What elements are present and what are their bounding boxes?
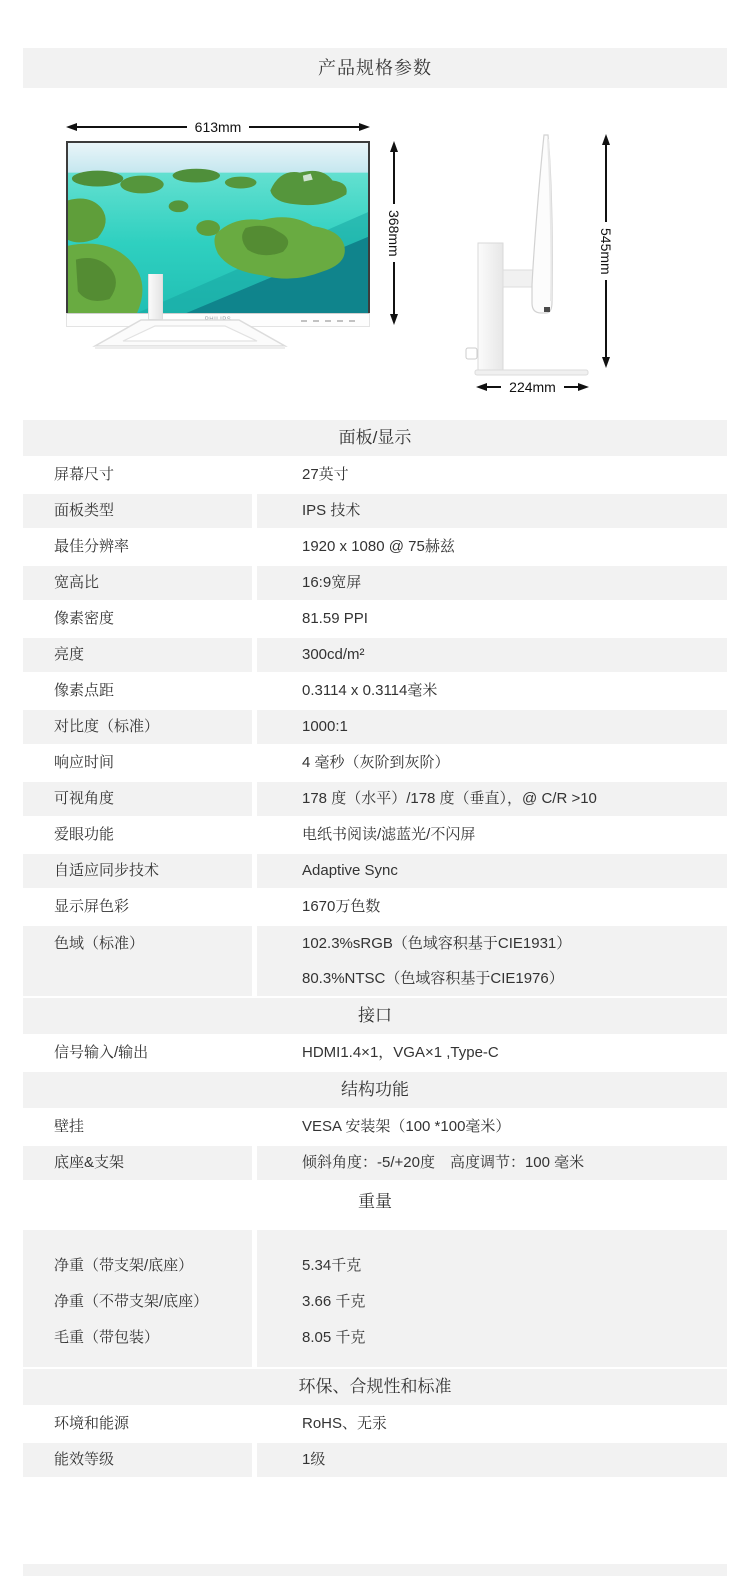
spec-row-group: 净重（带支架/底座） 净重（不带支架/底座） 毛重（带包装） 5.34千克 3.…: [23, 1230, 727, 1367]
spec-row: 能效等级 1级: [23, 1443, 727, 1477]
spec-label: 自适应同步技术: [23, 854, 252, 888]
side-height-arrow: 545mm: [597, 134, 615, 368]
control-buttons-icon: [301, 320, 355, 322]
spec-label-group: 净重（带支架/底座） 净重（不带支架/底座） 毛重（带包装）: [23, 1230, 252, 1367]
spec-label: 环境和能源: [23, 1407, 252, 1441]
front-height-label: 368mm: [386, 204, 402, 263]
arrow-line: [393, 152, 395, 204]
spec-label: 毛重（带包装）: [54, 1320, 252, 1356]
spec-value: VESA 安装架（100 *100毫米）: [257, 1110, 727, 1144]
spec-label: 净重（不带支架/底座）: [54, 1284, 252, 1320]
spec-value: RoHS、无汞: [257, 1407, 727, 1441]
arrowhead-right-icon: [578, 383, 589, 391]
spec-row: 屏幕尺寸 27英寸: [23, 458, 727, 492]
arrowhead-left-icon: [66, 123, 77, 131]
spec-row: 像素密度 81.59 PPI: [23, 602, 727, 636]
front-width-arrow: 613mm: [66, 118, 370, 136]
side-depth-arrow: 224mm: [476, 378, 589, 396]
arrowhead-left-icon: [476, 383, 487, 391]
monitor-front-view: PHILIPS: [66, 141, 370, 327]
spec-value: HDMI1.4×1，VGA×1 ,Type-C: [257, 1036, 727, 1070]
spec-label: 可视角度: [23, 782, 252, 816]
spec-label: 亮度: [23, 638, 252, 672]
spec-value: 电纸书阅读/滤蓝光/不闪屏: [257, 818, 727, 852]
arrowhead-up-icon: [390, 141, 398, 152]
spec-label: 宽高比: [23, 566, 252, 600]
island-photo: [68, 143, 368, 313]
product-spec-page: 产品规格参数 613mm: [0, 0, 750, 1576]
arrow-line: [605, 280, 607, 357]
arrow-line: [487, 386, 501, 388]
page-title: 产品规格参数: [23, 48, 727, 88]
spec-label: 最佳分辨率: [23, 530, 252, 564]
spec-value: 1级: [257, 1443, 727, 1477]
spec-value: 102.3%sRGB（色域容积基于CIE1931） 80.3%NTSC（色域容积…: [257, 926, 727, 996]
next-section-edge: [23, 1564, 727, 1576]
front-stand-base: [89, 317, 291, 351]
spec-value: 178 度（水平）/178 度（垂直），@ C/R >10: [257, 782, 727, 816]
arrowhead-right-icon: [359, 123, 370, 131]
spec-value: 1920 x 1080 @ 75赫兹: [257, 530, 727, 564]
spec-label: 面板类型: [23, 494, 252, 528]
arrowhead-down-icon: [390, 314, 398, 325]
spec-row: 显示屏色彩 1670万色数: [23, 890, 727, 924]
arrowhead-down-icon: [602, 357, 610, 368]
spec-value: IPS 技术: [257, 494, 727, 528]
section-header-ports: 接口: [23, 998, 727, 1034]
spec-value: 1670万色数: [257, 890, 727, 924]
spec-row: 对比度（标准） 1000:1: [23, 710, 727, 744]
spec-label: 对比度（标准）: [23, 710, 252, 744]
spec-row: 亮度 300cd/m²: [23, 638, 727, 672]
spec-row: 爱眼功能 电纸书阅读/滤蓝光/不闪屏: [23, 818, 727, 852]
spec-row: 底座&支架 倾斜角度：-5/+20度 高度调节：100 毫米: [23, 1146, 727, 1180]
spec-row: 壁挂 VESA 安装架（100 *100毫米）: [23, 1110, 727, 1144]
spec-row: 环境和能源 RoHS、无汞: [23, 1407, 727, 1441]
spec-row: 自适应同步技术 Adaptive Sync: [23, 854, 727, 888]
spec-table: 面板/显示 屏幕尺寸 27英寸 面板类型 IPS 技术 最佳分辨率 1920 x…: [23, 420, 727, 1477]
spec-value: 27英寸: [257, 458, 727, 492]
spec-row: 响应时间 4 毫秒（灰阶到灰阶）: [23, 746, 727, 780]
spec-row: 最佳分辨率 1920 x 1080 @ 75赫兹: [23, 530, 727, 564]
front-height-arrow: 368mm: [385, 141, 403, 325]
spec-row: 色域（标准） 102.3%sRGB（色域容积基于CIE1931） 80.3%NT…: [23, 926, 727, 996]
spec-value: 300cd/m²: [257, 638, 727, 672]
arrow-line: [77, 126, 187, 128]
spec-label: 像素点距: [23, 674, 252, 708]
spec-value: 1000:1: [257, 710, 727, 744]
front-stand-column: [148, 274, 163, 320]
spec-value-line: 102.3%sRGB（色域容积基于CIE1931）: [302, 926, 727, 961]
spec-value-group: 5.34千克 3.66 千克 8.05 千克: [257, 1230, 727, 1367]
spec-row: 可视角度 178 度（水平）/178 度（垂直），@ C/R >10: [23, 782, 727, 816]
section-header-structure: 结构功能: [23, 1072, 727, 1108]
spec-label: 爱眼功能: [23, 818, 252, 852]
spec-value: Adaptive Sync: [257, 854, 727, 888]
spec-value: 81.59 PPI: [257, 602, 727, 636]
spec-row: 像素点距 0.3114 x 0.3114毫米: [23, 674, 727, 708]
spec-row: 信号输入/输出 HDMI1.4×1，VGA×1 ,Type-C: [23, 1036, 727, 1070]
spec-value: 倾斜角度：-5/+20度 高度调节：100 毫米: [257, 1146, 727, 1180]
spec-label: 能效等级: [23, 1443, 252, 1477]
screen-image: [66, 141, 370, 313]
spec-row: 宽高比 16:9宽屏: [23, 566, 727, 600]
spec-label: 显示屏色彩: [23, 890, 252, 924]
arrow-line: [249, 126, 359, 128]
arrow-line: [605, 145, 607, 222]
spec-label: 净重（带支架/底座）: [54, 1248, 252, 1284]
monitor-side-view: [460, 133, 600, 401]
spec-label: 屏幕尺寸: [23, 458, 252, 492]
section-header-weight: 重量: [23, 1184, 727, 1220]
spec-label: 像素密度: [23, 602, 252, 636]
dimension-diagram: 613mm: [0, 88, 750, 420]
spec-row: 面板类型 IPS 技术: [23, 494, 727, 528]
section-header-panel: 面板/显示: [23, 420, 727, 456]
arrow-line: [393, 262, 395, 314]
spec-value: 16:9宽屏: [257, 566, 727, 600]
spec-value: 8.05 千克: [302, 1320, 727, 1356]
arrow-line: [564, 386, 578, 388]
spec-value: 4 毫秒（灰阶到灰阶）: [257, 746, 727, 780]
spec-value: 5.34千克: [302, 1248, 727, 1284]
spec-label: 信号输入/输出: [23, 1036, 252, 1070]
side-height-label: 545mm: [598, 222, 614, 281]
spec-value: 0.3114 x 0.3114毫米: [257, 674, 727, 708]
front-width-label: 613mm: [187, 119, 250, 135]
spec-label: 响应时间: [23, 746, 252, 780]
arrowhead-up-icon: [602, 134, 610, 145]
spec-value: 3.66 千克: [302, 1284, 727, 1320]
side-depth-label: 224mm: [501, 379, 564, 395]
spec-label: 色域（标准）: [23, 926, 252, 996]
spec-label: 壁挂: [23, 1110, 252, 1144]
spec-label: 底座&支架: [23, 1146, 252, 1180]
section-header-compliance: 环保、合规性和标准: [23, 1369, 727, 1405]
spec-value-line: 80.3%NTSC（色域容积基于CIE1976）: [302, 961, 727, 996]
